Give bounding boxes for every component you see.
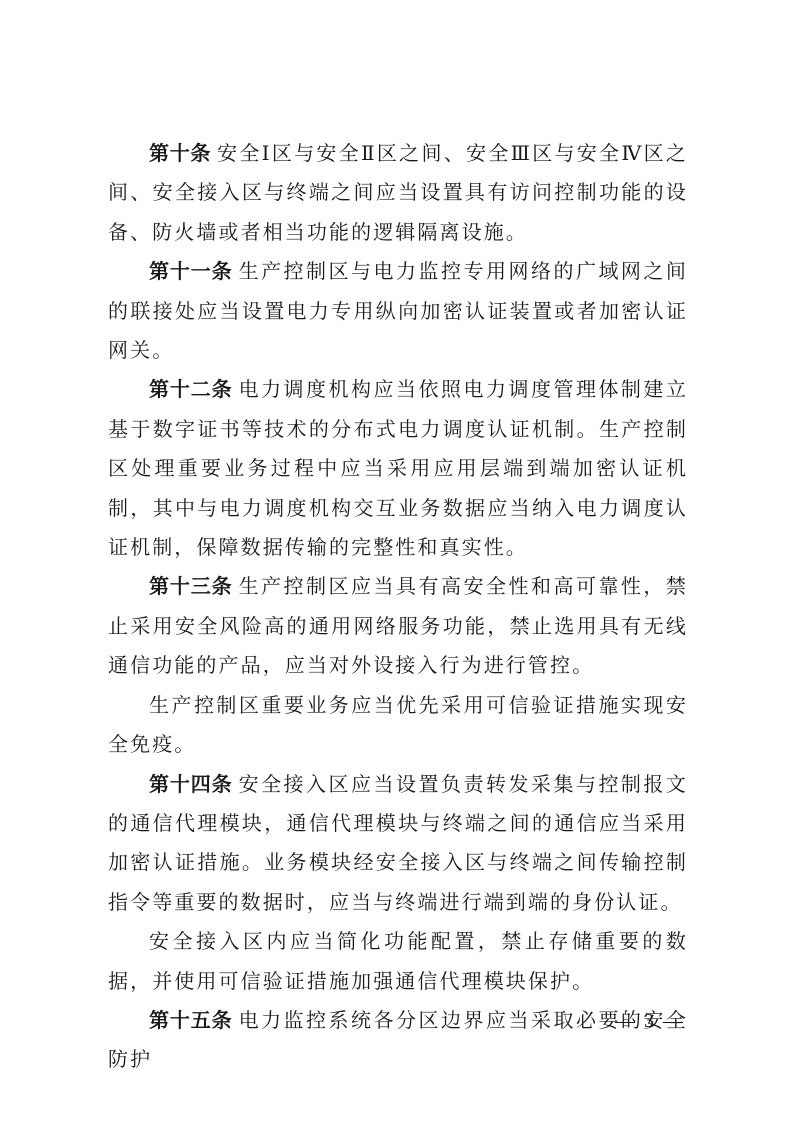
paragraph-text: 电力调度机构应当依照电力调度管理体制建立基于数字证书等技术的分布式电力调度认证机…: [108, 377, 688, 559]
paragraph-article-13-cont: 生产控制区重要业务应当优先采用可信验证措施实现安全免疫。: [108, 686, 688, 765]
paragraph-article-14: 第十四条安全接入区应当设置负责转发采集与控制报文的通信代理模块，通信代理模块与终…: [108, 765, 688, 923]
article-number: 第十条: [149, 141, 211, 165]
article-number: 第十二条: [149, 377, 233, 401]
page-number: — 3 —: [615, 1010, 685, 1033]
article-number: 第十五条: [149, 1008, 233, 1032]
paragraph-article-11: 第十一条生产控制区与电力监控专用网络的广域网之间的联接处应当设置电力专用纵向加密…: [108, 252, 688, 370]
paragraph-article-13: 第十三条生产控制区应当具有高安全性和高可靠性，禁止采用安全风险高的通用网络服务功…: [108, 567, 688, 685]
article-number: 第十一条: [149, 259, 233, 283]
article-number: 第十四条: [149, 772, 233, 796]
paragraph-article-10: 第十条安全Ⅰ区与安全Ⅱ区之间、安全Ⅲ区与安全Ⅳ区之间、安全接入区与终端之间应当设…: [108, 134, 688, 252]
paragraph-article-15: 第十五条电力监控系统各分区边界应当采取必要的安全防护: [108, 1001, 688, 1080]
paragraph-article-14-cont: 安全接入区内应当简化功能配置，禁止存储重要的数据，并使用可信验证措施加强通信代理…: [108, 922, 688, 1001]
paragraph-text: 生产控制区重要业务应当优先采用可信验证措施实现安全免疫。: [108, 693, 688, 756]
article-number: 第十三条: [149, 574, 233, 598]
paragraph-text: 安全接入区内应当简化功能配置，禁止存储重要的数据，并使用可信验证措施加强通信代理…: [108, 929, 688, 992]
paragraph-article-12: 第十二条电力调度机构应当依照电力调度管理体制建立基于数字证书等技术的分布式电力调…: [108, 370, 688, 567]
document-page-body: 第十条安全Ⅰ区与安全Ⅱ区之间、安全Ⅲ区与安全Ⅳ区之间、安全接入区与终端之间应当设…: [108, 134, 688, 1080]
